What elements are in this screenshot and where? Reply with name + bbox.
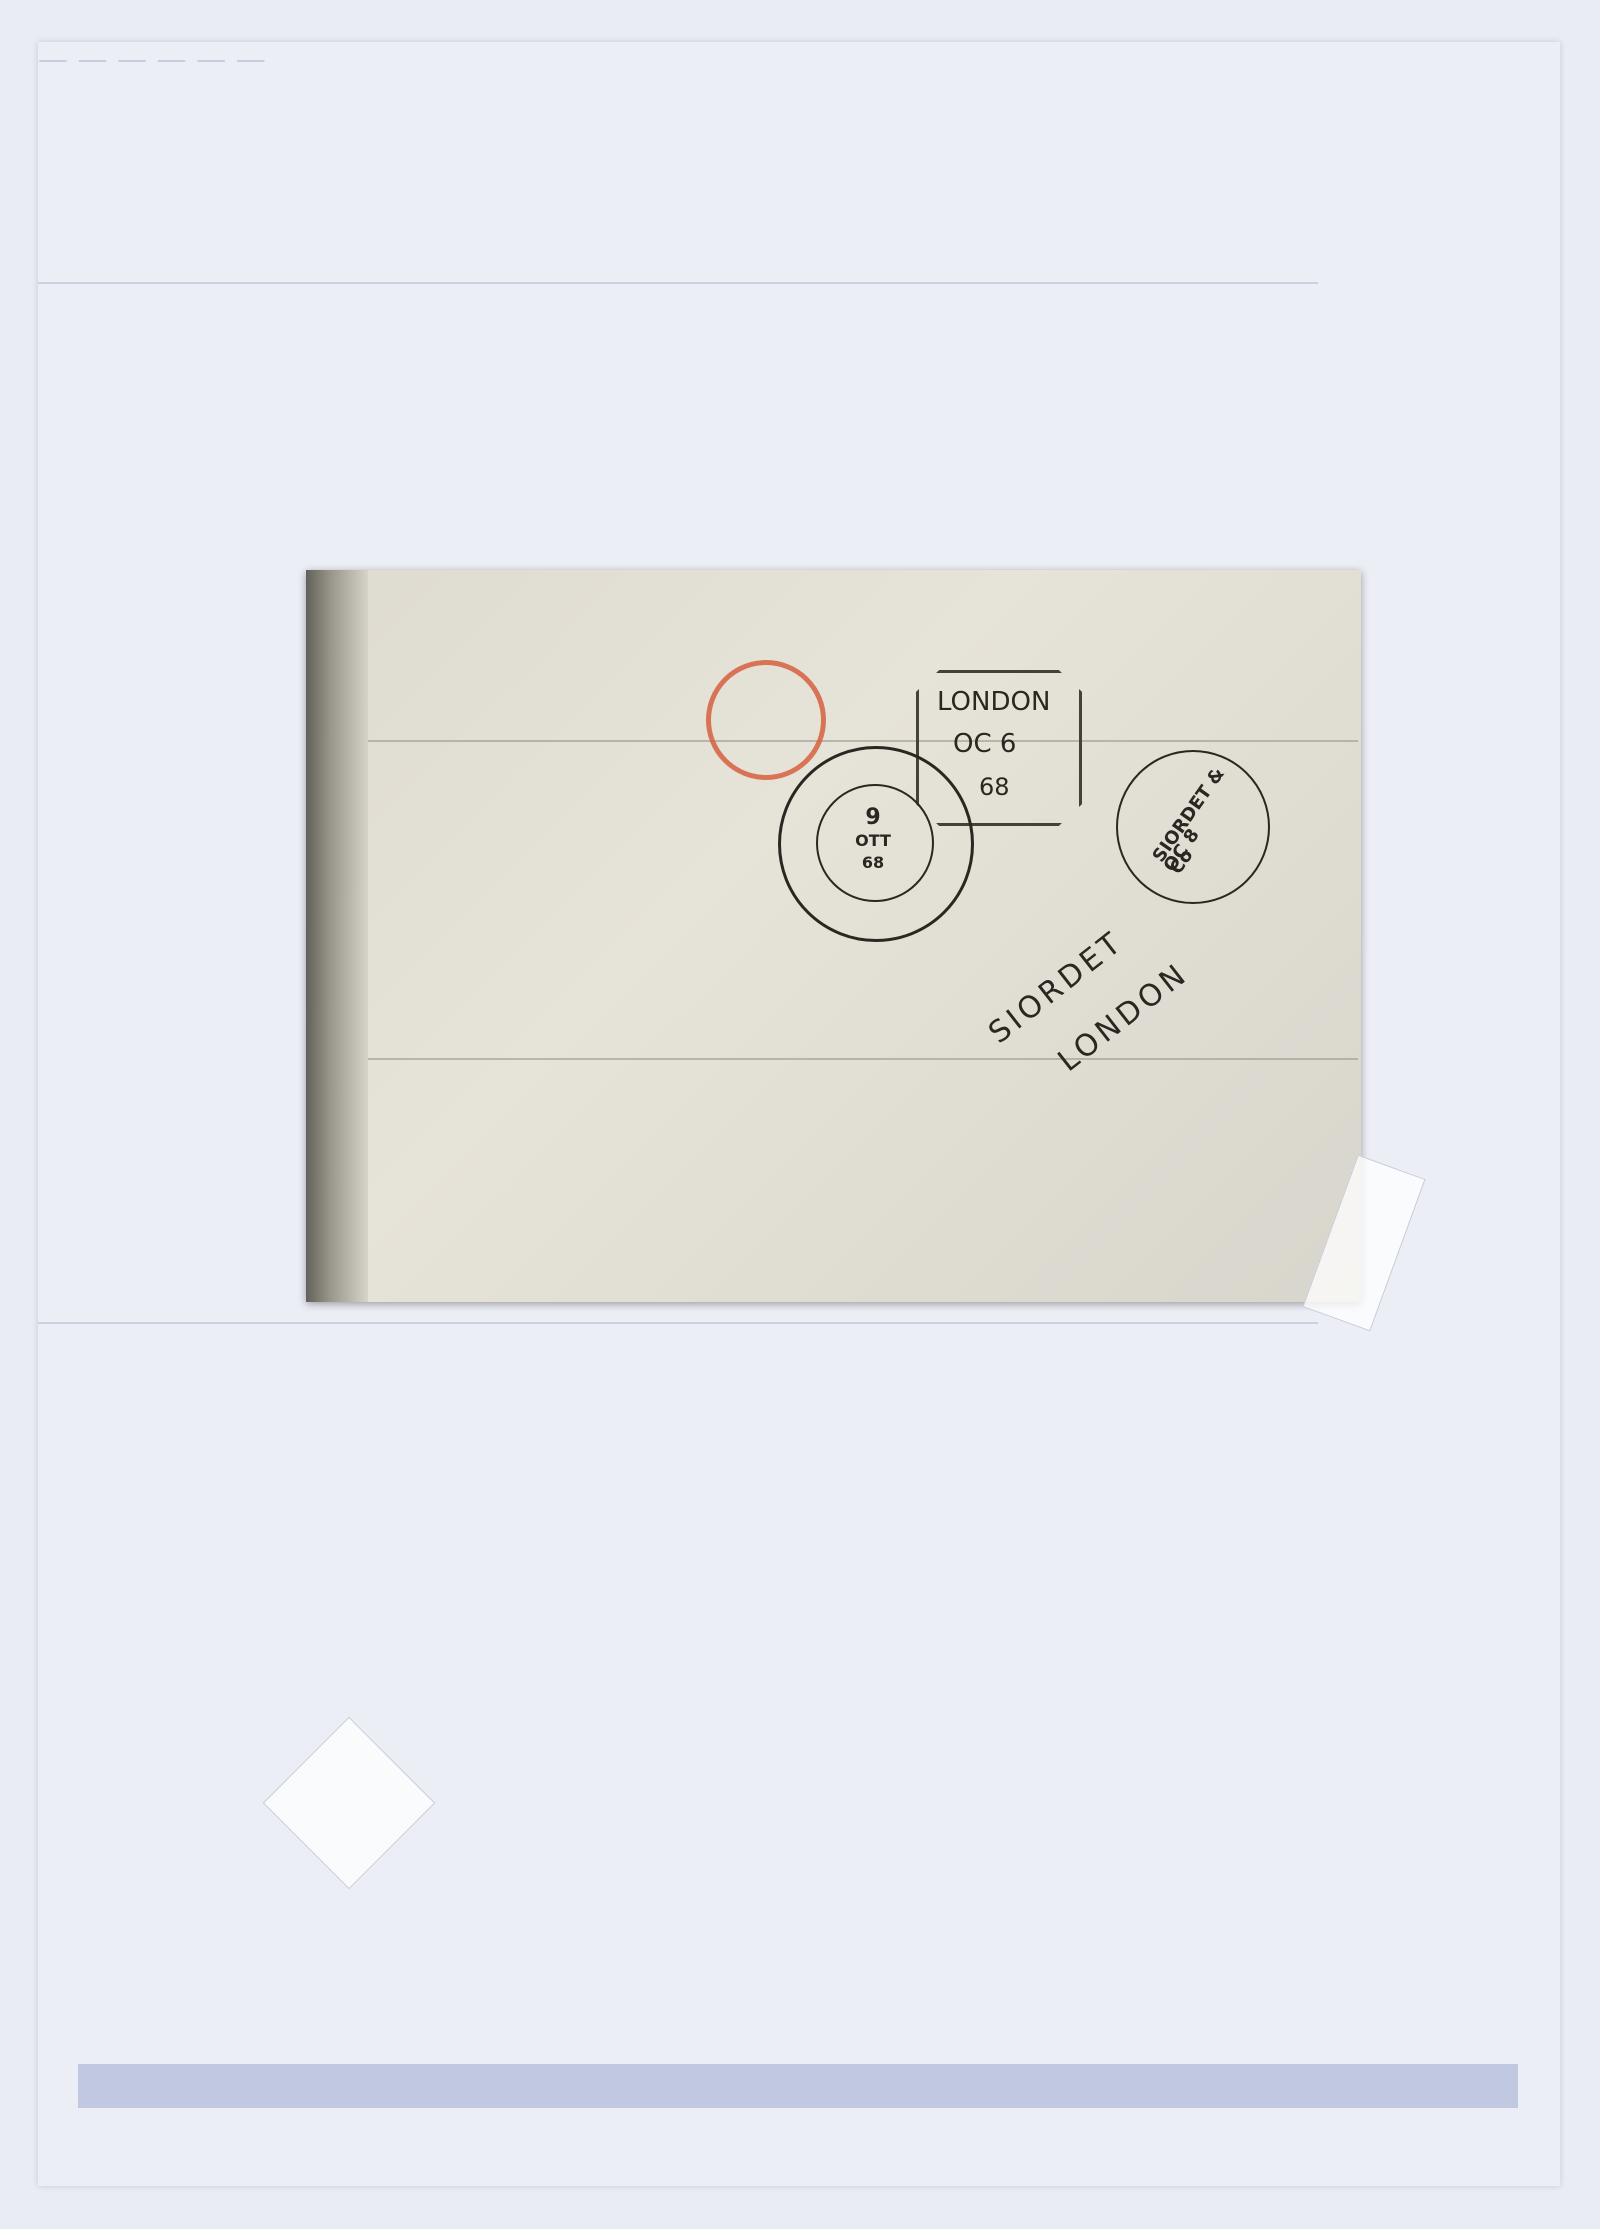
cover-edge: [306, 570, 368, 1302]
divider: [38, 1322, 1318, 1324]
susa-torino-postmark: 9 OTT 68: [778, 746, 974, 942]
fold-line: [368, 740, 1358, 742]
postal-cover: LONDON OC 6 68 9 OTT 68 SIORDET & Co OC …: [306, 570, 1361, 1302]
footer-strip: [78, 2064, 1518, 2108]
album-page: — — — — — — LONDON OC 6 68 9 OTT 68 SIOR…: [38, 42, 1560, 2186]
siordet-circle-postmark: SIORDET & Co OC 8: [1116, 750, 1270, 904]
red-postmark: [706, 660, 826, 780]
divider: [38, 282, 1318, 284]
photo-corner: [263, 1717, 436, 1890]
fold-line: [368, 1058, 1358, 1060]
show-through-text: — — — — — —: [38, 42, 266, 77]
